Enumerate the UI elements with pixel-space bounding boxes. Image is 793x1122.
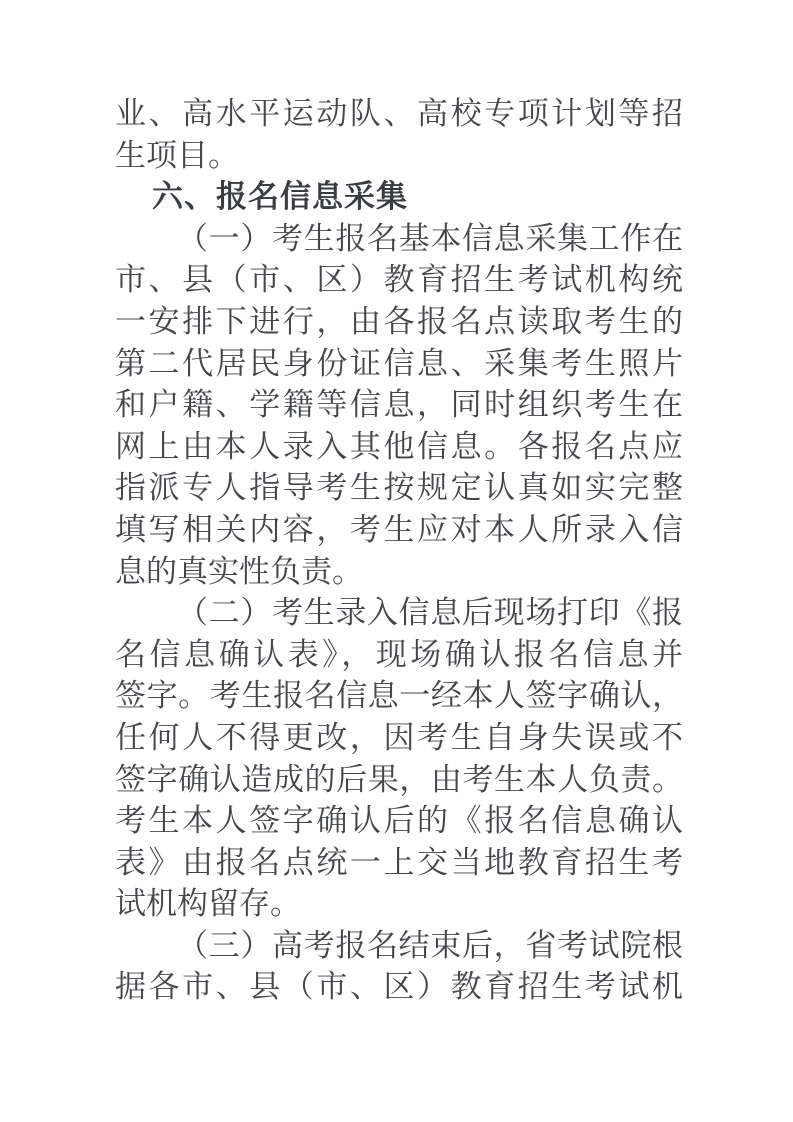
text-line: 名信息确认表》，现场确认报名信息并: [115, 634, 683, 676]
text-line: 签字。考生报名信息一经本人签字确认，: [115, 675, 683, 717]
document-page: 业、高水平运动队、高校专项计划等招 生项目。 六、报名信息采集 （一）考生报名基…: [0, 0, 793, 1122]
text-line: 试机构留存。: [115, 883, 683, 925]
text-line: 填写相关内容，考生应对本人所录入信: [115, 509, 683, 551]
text-line: 据各市、县（市、区）教育招生考试机: [115, 966, 683, 1008]
text-line: 一安排下进行，由各报名点读取考生的: [115, 301, 683, 343]
text-column: 业、高水平运动队、高校专项计划等招 生项目。 六、报名信息采集 （一）考生报名基…: [115, 93, 683, 1008]
text-line: 任何人不得更改，因考生自身失误或不: [115, 717, 683, 759]
text-line: （一）考生报名基本信息采集工作在: [115, 218, 683, 260]
text-line: 签字确认造成的后果，由考生本人负责。: [115, 759, 683, 801]
text-line: 指派专人指导考生按规定认真如实完整: [115, 467, 683, 509]
text-line: 表》由报名点统一上交当地教育招生考: [115, 842, 683, 884]
section-heading: 六、报名信息采集: [115, 176, 683, 218]
text-line: 息的真实性负责。: [115, 551, 683, 593]
text-line: 市、县（市、区）教育招生考试机构统: [115, 259, 683, 301]
text-line: （三）高考报名结束后，省考试院根: [115, 925, 683, 967]
text-line: 生项目。: [115, 135, 683, 177]
text-line: （二）考生录入信息后现场打印《报: [115, 592, 683, 634]
text-line: 考生本人签字确认后的《报名信息确认: [115, 800, 683, 842]
text-line: 网上由本人录入其他信息。各报名点应: [115, 426, 683, 468]
text-line: 和户籍、学籍等信息，同时组织考生在: [115, 384, 683, 426]
text-line: 业、高水平运动队、高校专项计划等招: [115, 93, 683, 135]
text-line: 第二代居民身份证信息、采集考生照片: [115, 343, 683, 385]
